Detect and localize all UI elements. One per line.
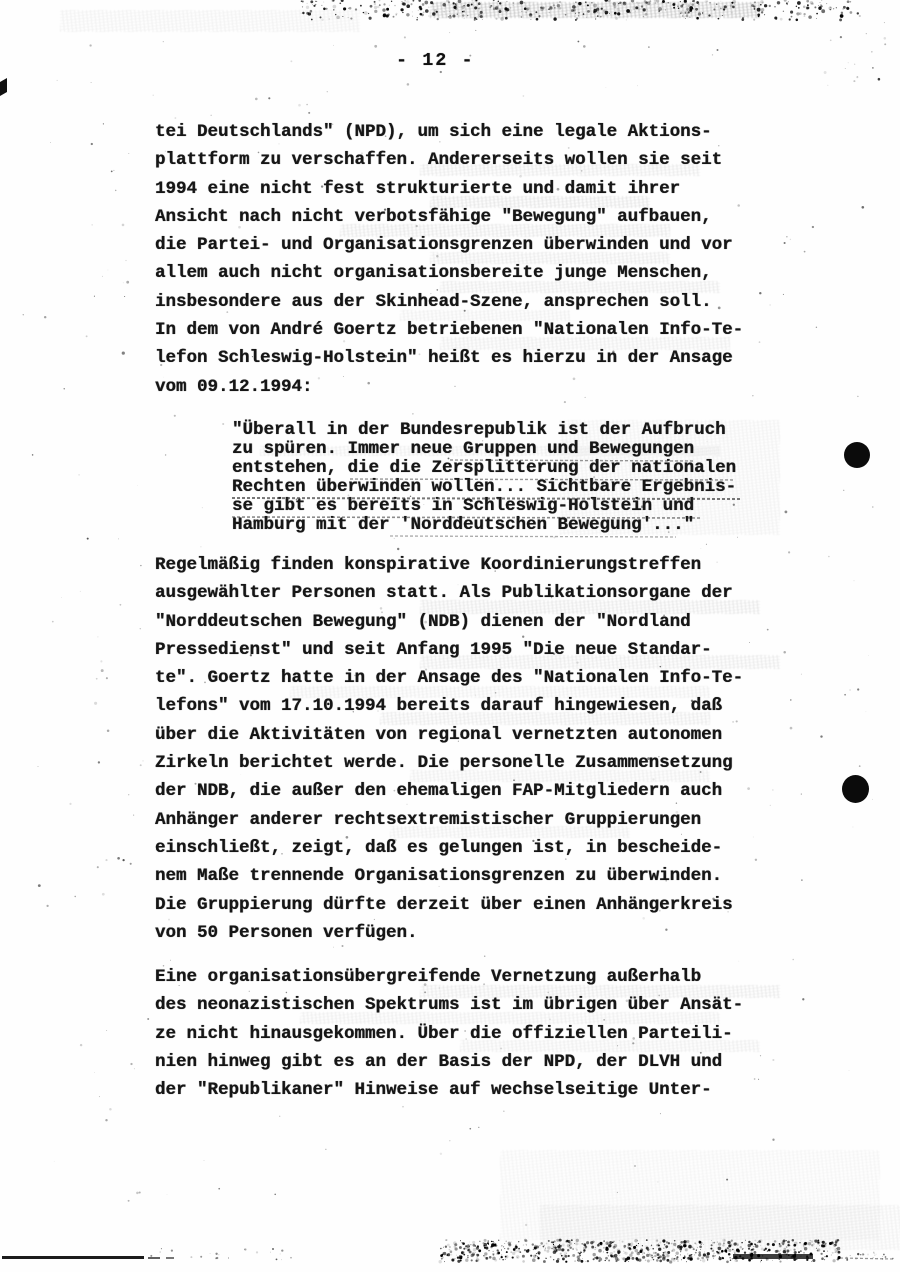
scan-bar-segment [166, 1257, 174, 1259]
paragraph-1: tei Deutschlands" (NPD), um sich eine le… [155, 118, 743, 401]
text-line: In dem von André Goertz betriebenen "Nat… [155, 316, 743, 344]
block-quote: "Überall in der Bundesrepublik ist der A… [232, 421, 736, 535]
text-line: lefon Schleswig-Holstein" heißt es hierz… [155, 344, 743, 372]
text-line: einschließt, zeigt, daß es gelungen ist,… [155, 834, 743, 862]
scan-bar-segment [2, 1256, 144, 1259]
text-line: vom 09.12.1994: [155, 373, 743, 401]
text-line: ze nicht hinausgekommen. Über die offizi… [155, 1020, 743, 1048]
text-line: von 50 Personen verfügen. [155, 919, 743, 947]
text-line: nien hinweg gibt es an der Basis der NPD… [155, 1048, 743, 1076]
text-line: Zirkeln berichtet werde. Die personelle … [155, 749, 743, 777]
text-line: Eine organisationsübergreifende Vernetzu… [155, 963, 743, 991]
text-line: insbesondere aus der Skinhead-Szene, ans… [155, 288, 743, 316]
text-line: allem auch nicht organisationsbereite ju… [155, 259, 743, 287]
scan-edge-mark [0, 78, 7, 96]
text-line: se gibt es bereits in Schleswig-Holstein… [232, 497, 736, 516]
text-line: te". Goertz hatte in der Ansage des "Nat… [155, 664, 743, 692]
text-line: zu spüren. Immer neue Gruppen und Bewegu… [232, 440, 736, 459]
text-line: nem Maße trennende Organisationsgrenzen … [155, 862, 743, 890]
text-line: "Norddeutschen Bewegung" (NDB) dienen de… [155, 608, 743, 636]
smudge-patch [540, 1205, 900, 1250]
smudge-patch [500, 1150, 880, 1240]
text-line: Rechten überwinden wollen... Sichtbare E… [232, 478, 736, 497]
text-line: über die Aktivitäten von regional vernet… [155, 721, 743, 749]
paragraph-2: Regelmäßig finden konspirative Koordinie… [155, 551, 743, 947]
text-line: tei Deutschlands" (NPD), um sich eine le… [155, 118, 743, 146]
scanned-document-page: - 12 - tei Deutschlands" (NPD), um sich … [0, 0, 900, 1272]
smudge-patch [430, 2, 760, 18]
text-line: Ansicht nach nicht verbotsfähige "Bewegu… [155, 203, 743, 231]
page-number: - 12 - [396, 50, 475, 71]
text-line: ausgewählter Personen statt. Als Publika… [155, 579, 743, 607]
text-line: Die Gruppierung dürfte derzeit über eine… [155, 891, 743, 919]
text-line: "Überall in der Bundesrepublik ist der A… [232, 421, 736, 440]
text-line: 1994 eine nicht fest strukturierte und d… [155, 175, 743, 203]
text-line: des neonazistischen Spektrums ist im übr… [155, 991, 743, 1019]
text-line: Regelmäßig finden konspirative Koordinie… [155, 551, 743, 579]
scan-bar-segment [148, 1257, 160, 1259]
text-line: der "Republikaner" Hinweise auf wechsels… [155, 1076, 743, 1104]
text-line: Anhänger anderer rechtsextremistischer G… [155, 806, 743, 834]
text-line: lefons" vom 17.10.1994 bereits darauf hi… [155, 692, 743, 720]
paragraph-3: Eine organisationsübergreifende Vernetzu… [155, 963, 743, 1104]
scan-bar-segment [733, 1254, 813, 1259]
text-line: Pressedienst" und seit Anfang 1995 "Die … [155, 636, 743, 664]
text-line: entstehen, die die Zersplitterung der na… [232, 459, 736, 478]
text-line: plattform zu verschaffen. Andererseits w… [155, 146, 743, 174]
punch-hole-mark [844, 442, 870, 468]
punch-hole-mark [842, 775, 869, 803]
text-line: Hamburg mit der 'Norddeutschen Bewegung'… [232, 516, 736, 535]
text-line: die Partei- und Organisationsgrenzen übe… [155, 231, 743, 259]
text-line: der NDB, die außer den ehemaligen FAP-Mi… [155, 777, 743, 805]
smudge-patch [60, 10, 360, 32]
